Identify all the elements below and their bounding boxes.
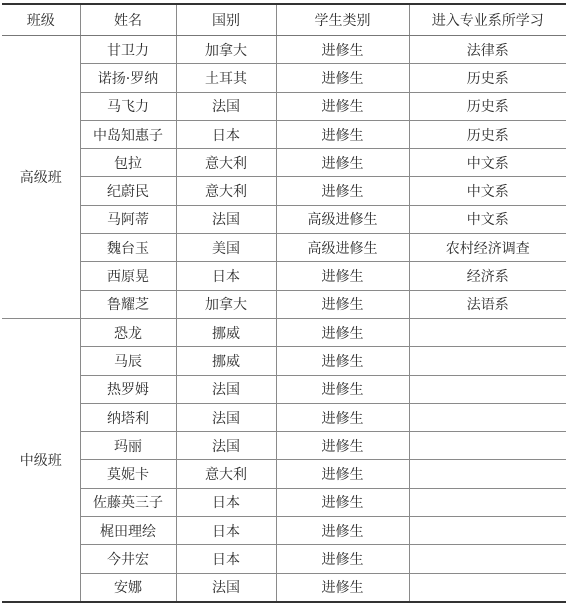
- group-advanced: 高级班甘卫力加拿大进修生法律系诺扬·罗纳土耳其进修生历史系马飞力法国进修生历史系…: [2, 36, 566, 319]
- department-cell: [409, 545, 566, 573]
- name-cell: 诺扬·罗纳: [80, 64, 176, 92]
- table-row: 诺扬·罗纳土耳其进修生历史系: [2, 64, 566, 92]
- table-row: 热罗姆法国进修生: [2, 375, 566, 403]
- student-type-cell: 进修生: [276, 318, 409, 346]
- country-cell: 土耳其: [176, 64, 276, 92]
- name-cell: 莫妮卡: [80, 460, 176, 488]
- header-country: 国别: [176, 4, 276, 36]
- name-cell: 热罗姆: [80, 375, 176, 403]
- student-type-cell: 进修生: [276, 290, 409, 318]
- table-row: 纪蔚民意大利进修生中文系: [2, 177, 566, 205]
- header-department: 进入专业系所学习: [409, 4, 566, 36]
- department-cell: 中文系: [409, 177, 566, 205]
- name-cell: 包拉: [80, 149, 176, 177]
- department-cell: 农村经济调查: [409, 234, 566, 262]
- table-row: 安娜法国进修生: [2, 573, 566, 602]
- department-cell: 中文系: [409, 205, 566, 233]
- country-cell: 挪威: [176, 318, 276, 346]
- department-cell: [409, 517, 566, 545]
- name-cell: 恐龙: [80, 318, 176, 346]
- country-cell: 日本: [176, 545, 276, 573]
- student-type-cell: 进修生: [276, 488, 409, 516]
- name-cell: 纪蔚民: [80, 177, 176, 205]
- country-cell: 法国: [176, 375, 276, 403]
- name-cell: 梶田理绘: [80, 517, 176, 545]
- table-row: 马辰挪威进修生: [2, 347, 566, 375]
- table-row: 包拉意大利进修生中文系: [2, 149, 566, 177]
- student-type-cell: 进修生: [276, 92, 409, 120]
- name-cell: 甘卫力: [80, 36, 176, 64]
- table-row: 玛丽法国进修生: [2, 432, 566, 460]
- department-cell: [409, 573, 566, 602]
- department-cell: [409, 432, 566, 460]
- department-cell: [409, 347, 566, 375]
- student-type-cell: 进修生: [276, 262, 409, 290]
- country-cell: 法国: [176, 92, 276, 120]
- table-row: 中级班恐龙挪威进修生: [2, 318, 566, 346]
- student-table: 班级 姓名 国别 学生类别 进入专业系所学习 高级班甘卫力加拿大进修生法律系诺扬…: [2, 3, 566, 603]
- country-cell: 加拿大: [176, 290, 276, 318]
- student-type-cell: 进修生: [276, 149, 409, 177]
- country-cell: 日本: [176, 517, 276, 545]
- table-row: 纳塔利法国进修生: [2, 403, 566, 431]
- department-cell: 中文系: [409, 149, 566, 177]
- country-cell: 意大利: [176, 177, 276, 205]
- table-row: 佐藤英三子日本进修生: [2, 488, 566, 516]
- name-cell: 玛丽: [80, 432, 176, 460]
- header-student-type: 学生类别: [276, 4, 409, 36]
- name-cell: 中岛知惠子: [80, 120, 176, 148]
- name-cell: 纳塔利: [80, 403, 176, 431]
- department-cell: [409, 460, 566, 488]
- table-row: 中岛知惠子日本进修生历史系: [2, 120, 566, 148]
- country-cell: 法国: [176, 403, 276, 431]
- student-type-cell: 进修生: [276, 460, 409, 488]
- class-group-cell: 中级班: [2, 318, 80, 601]
- student-type-cell: 进修生: [276, 403, 409, 431]
- student-type-cell: 进修生: [276, 573, 409, 602]
- student-type-cell: 进修生: [276, 36, 409, 64]
- student-type-cell: 进修生: [276, 64, 409, 92]
- student-type-cell: 进修生: [276, 347, 409, 375]
- country-cell: 日本: [176, 120, 276, 148]
- table-row: 梶田理绘日本进修生: [2, 517, 566, 545]
- student-type-cell: 进修生: [276, 375, 409, 403]
- department-cell: 法语系: [409, 290, 566, 318]
- table-row: 鲁耀芝加拿大进修生法语系: [2, 290, 566, 318]
- table-row: 今井宏日本进修生: [2, 545, 566, 573]
- table-row: 高级班甘卫力加拿大进修生法律系: [2, 36, 566, 64]
- name-cell: 鲁耀芝: [80, 290, 176, 318]
- name-cell: 马辰: [80, 347, 176, 375]
- student-type-cell: 高级进修生: [276, 205, 409, 233]
- department-cell: [409, 488, 566, 516]
- student-type-cell: 进修生: [276, 120, 409, 148]
- department-cell: [409, 403, 566, 431]
- student-type-cell: 进修生: [276, 517, 409, 545]
- country-cell: 法国: [176, 573, 276, 602]
- department-cell: [409, 375, 566, 403]
- country-cell: 日本: [176, 262, 276, 290]
- student-type-cell: 进修生: [276, 432, 409, 460]
- student-type-cell: 高级进修生: [276, 234, 409, 262]
- name-cell: 安娜: [80, 573, 176, 602]
- table-row: 魏台玉美国高级进修生农村经济调查: [2, 234, 566, 262]
- class-group-cell: 高级班: [2, 36, 80, 319]
- name-cell: 佐藤英三子: [80, 488, 176, 516]
- country-cell: 日本: [176, 488, 276, 516]
- table-row: 西原晃日本进修生经济系: [2, 262, 566, 290]
- country-cell: 加拿大: [176, 36, 276, 64]
- country-cell: 意大利: [176, 460, 276, 488]
- name-cell: 西原晃: [80, 262, 176, 290]
- country-cell: 美国: [176, 234, 276, 262]
- department-cell: 法律系: [409, 36, 566, 64]
- department-cell: [409, 318, 566, 346]
- name-cell: 今井宏: [80, 545, 176, 573]
- department-cell: 历史系: [409, 92, 566, 120]
- header-name: 姓名: [80, 4, 176, 36]
- student-type-cell: 进修生: [276, 177, 409, 205]
- table-row: 马飞力法国进修生历史系: [2, 92, 566, 120]
- header-row: 班级 姓名 国别 学生类别 进入专业系所学习: [2, 4, 566, 36]
- group-intermediate: 中级班恐龙挪威进修生马辰挪威进修生热罗姆法国进修生纳塔利法国进修生玛丽法国进修生…: [2, 318, 566, 601]
- name-cell: 马飞力: [80, 92, 176, 120]
- department-cell: 历史系: [409, 64, 566, 92]
- country-cell: 意大利: [176, 149, 276, 177]
- table-row: 莫妮卡意大利进修生: [2, 460, 566, 488]
- department-cell: 经济系: [409, 262, 566, 290]
- country-cell: 挪威: [176, 347, 276, 375]
- country-cell: 法国: [176, 432, 276, 460]
- name-cell: 魏台玉: [80, 234, 176, 262]
- country-cell: 法国: [176, 205, 276, 233]
- student-type-cell: 进修生: [276, 545, 409, 573]
- table-row: 马阿蒂法国高级进修生中文系: [2, 205, 566, 233]
- header-class: 班级: [2, 4, 80, 36]
- department-cell: 历史系: [409, 120, 566, 148]
- name-cell: 马阿蒂: [80, 205, 176, 233]
